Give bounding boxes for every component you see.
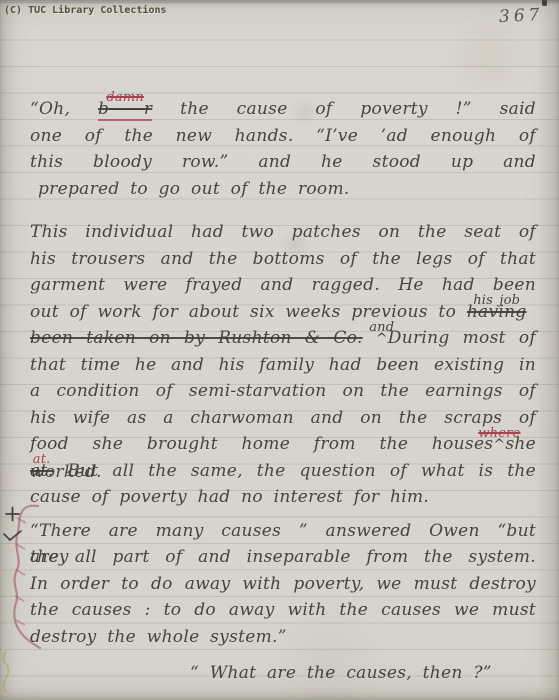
manuscript-line: garment were frayed and ragged. He had b…: [30, 272, 536, 299]
manuscript-line: his trousers and the bottoms of the legs…: [30, 246, 536, 273]
manuscript-line: a condition of semi-starvation on the ea…: [30, 378, 536, 405]
margin-annotations: [2, 498, 50, 656]
handwritten-text: the causes : to do away with the causes …: [30, 600, 536, 620]
manuscript-line: this bloody row.” and he stood up and: [30, 149, 536, 176]
inserted-word: and: [369, 321, 394, 334]
paragraph: This individual had two patches on the s…: [30, 219, 536, 511]
handwritten-text: “Oh,: [30, 99, 98, 119]
handwritten-text: out of work for about six weeks previous…: [30, 302, 467, 322]
manuscript-line: the causes : to do away with the causes …: [30, 597, 536, 624]
handwritten-text: garment were frayed and ragged. He had b…: [30, 275, 536, 295]
handwritten-text: This individual had two patches on the s…: [30, 222, 536, 242]
handwritten-text: In order to do away with poverty, we mus…: [30, 574, 536, 594]
manuscript-line: his wife as a charwoman and on the scrap…: [30, 405, 536, 432]
manuscript-line: “Oh, damnb——r the cause of poverty !” sa…: [30, 96, 536, 123]
manuscript-line: at.at. But all the same, the question of…: [30, 458, 536, 485]
handwritten-text: But all the same, the question of what i…: [53, 461, 536, 481]
handwritten-text: During most of: [388, 328, 536, 348]
struck-text: been taken on by Rushton & Co.: [30, 328, 363, 348]
manuscript-line: out of work for about six weeks previous…: [30, 299, 536, 326]
manuscript-line: one of the new hands. “I’ve ’ad enough o…: [30, 123, 536, 150]
inserted-correction: where^: [493, 431, 505, 459]
manuscript-line: food she brought home from the houseswhe…: [30, 431, 536, 458]
manuscript-line: that time he and his family had been exi…: [30, 352, 536, 379]
handwritten-text: prepared to go out of the room.: [38, 179, 350, 199]
handwritten-text: his trousers and the bottoms of the legs…: [30, 249, 536, 269]
inserted-word: at.: [33, 453, 51, 466]
inserted-word: where: [478, 427, 520, 440]
handwritten-text: food she brought home from the houses: [30, 434, 493, 454]
inserted-word: his job: [473, 294, 520, 307]
manuscript-line: are all part of and inseparable from the…: [30, 544, 536, 571]
manuscript-line: cause of poverty had no interest for him…: [30, 484, 536, 511]
check-mark: [4, 531, 21, 540]
handwritten-text: this bloody row.” and he stood up and: [30, 152, 536, 172]
handwritten-text: cause of poverty had no interest for him…: [30, 487, 429, 507]
manuscript-line: This individual had two patches on the s…: [30, 219, 536, 246]
handwritten-text: that time he and his family had been exi…: [30, 355, 536, 375]
handwritten-text: one of the new hands. “I’ve ’ad enough o…: [30, 126, 536, 146]
edge-squiggle-mark: [0, 650, 12, 696]
handwritten-text: destroy the whole system.”: [30, 627, 287, 647]
inserted-correction: and^: [376, 325, 388, 353]
paragraph: “ What are the causes, then ?”: [30, 660, 536, 687]
manuscript-page: (C) TUC Library Collections 367 “Oh, dam…: [0, 0, 559, 700]
handwritten-text: the cause of poverty !” said: [152, 99, 536, 119]
manuscript-line: destroy the whole system.”: [30, 624, 536, 651]
inserted-word: damn: [106, 91, 144, 104]
corner-mark: [542, 0, 547, 6]
watermark: (C) TUC Library Collections: [4, 5, 167, 17]
paragraph: “There are many causes ” answered Owen “…: [30, 518, 536, 651]
page-number: 367: [498, 5, 543, 27]
inserted-correction: at.at.: [30, 458, 53, 485]
inserted-correction: damnb——r: [98, 96, 152, 123]
manuscript-line: been taken on by Rushton & Co. and^Durin…: [30, 325, 536, 352]
handwritten-text: a condition of semi-starvation on the ea…: [30, 381, 536, 401]
manuscript-line: In order to do away with poverty, we mus…: [30, 571, 536, 598]
manuscript-line: “There are many causes ” answered Owen “…: [30, 518, 536, 545]
handwritten-text: are all part of and inseparable from the…: [30, 547, 536, 567]
manuscript: “Oh, damnb——r the cause of poverty !” sa…: [30, 96, 536, 687]
inserted-correction: his jobhaving: [467, 299, 527, 326]
manuscript-line: “ What are the causes, then ?”: [30, 660, 536, 687]
handwritten-text: his wife as a charwoman and on the scrap…: [30, 408, 536, 428]
paragraph: “Oh, damnb——r the cause of poverty !” sa…: [30, 96, 536, 202]
handwritten-text: “ What are the causes, then ?”: [190, 663, 492, 683]
red-brace: [14, 506, 40, 648]
manuscript-line: prepared to go out of the room.: [30, 176, 536, 203]
